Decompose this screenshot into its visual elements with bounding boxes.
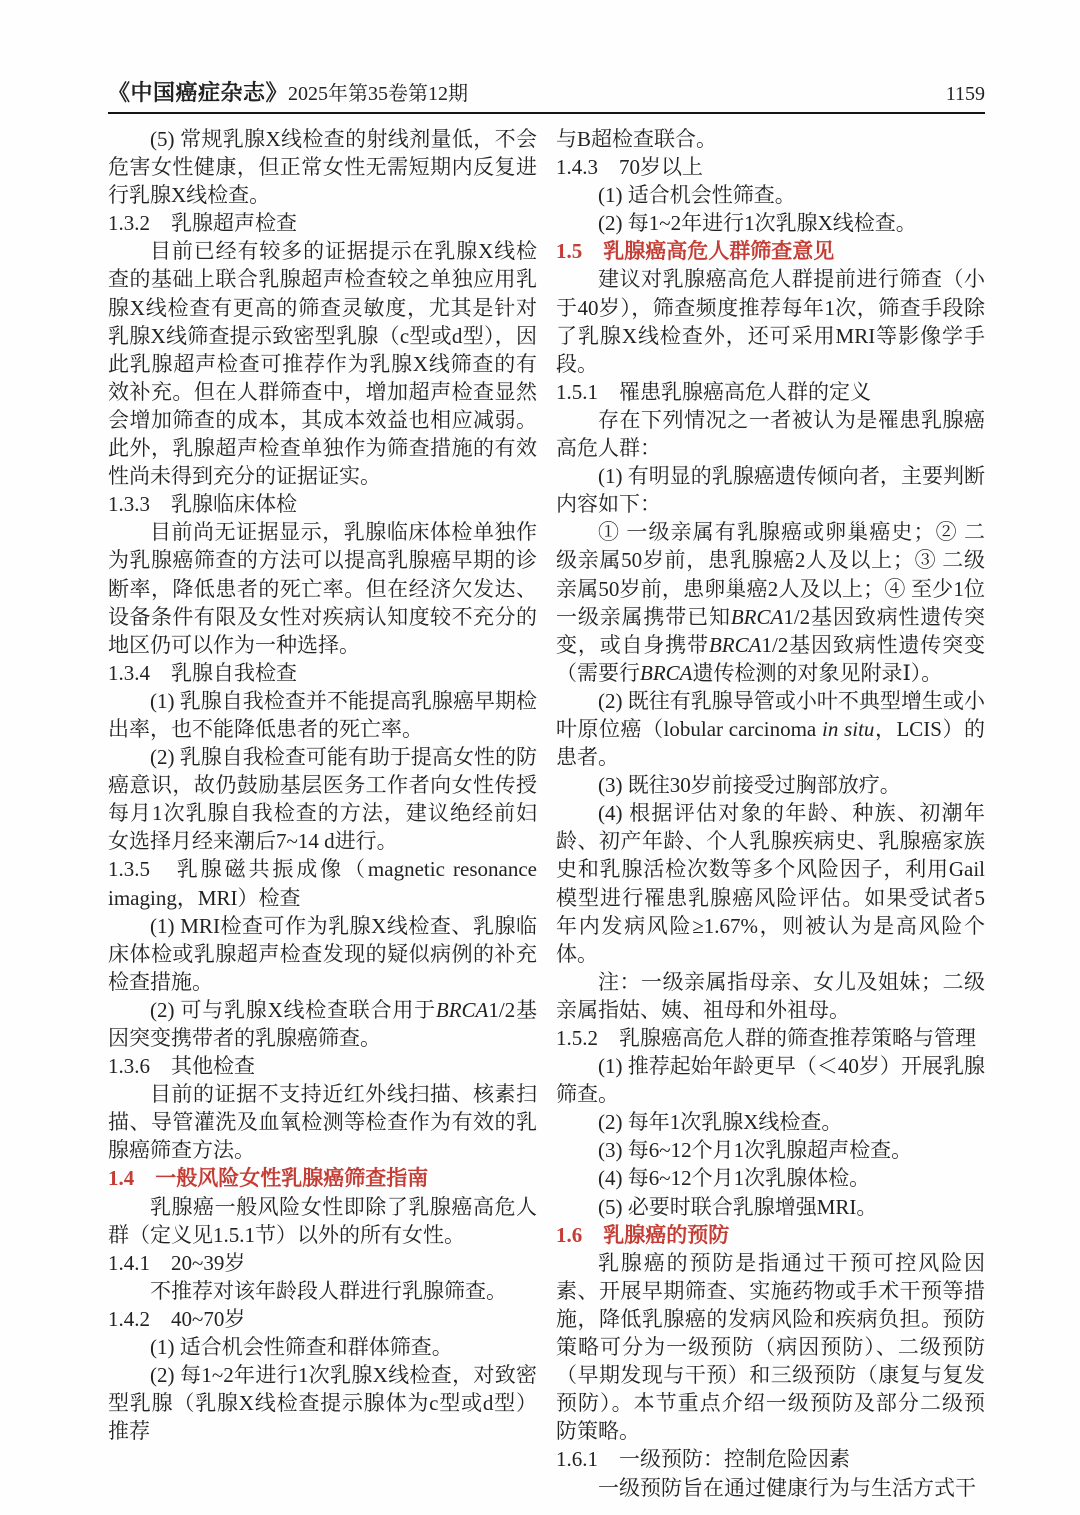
paragraph: 建议对乳腺癌高危人群提前进行筛查（小于40岁），筛查频度推荐每年1次，筛查手段除… bbox=[556, 265, 985, 377]
text-run: 乳腺癌一般风险女性即除了乳腺癌高危人群（定义见1.5.1节）以外的所有女性。 bbox=[108, 1195, 537, 1247]
text-run: 1.5.2 乳腺癌高危人群的筛查推荐策略与管理 bbox=[556, 1026, 976, 1050]
text-run: 建议对乳腺癌高危人群提前进行筛查（小于40岁），筛查频度推荐每年1次，筛查手段除… bbox=[556, 267, 985, 375]
text-run: 1.6.1 一级预防：控制危险因素 bbox=[556, 1447, 850, 1471]
text-run: (1) 推荐起始年龄更早（＜40岁）开展乳腺筛查。 bbox=[556, 1054, 985, 1106]
page-header: 《中国癌症杂志》2025年第35卷第12期 1159 bbox=[108, 76, 985, 107]
paragraph: (2) 每1~2年进行1次乳腺X线检查。 bbox=[556, 209, 985, 237]
text-run: (1) 适合机会性筛查和群体筛查。 bbox=[150, 1335, 453, 1359]
paragraph: (1) 推荐起始年龄更早（＜40岁）开展乳腺筛查。 bbox=[556, 1052, 985, 1108]
text-run: (1) MRI检查可作为乳腺X线检查、乳腺临床体检或乳腺超声检查发现的疑似病例的… bbox=[108, 914, 537, 994]
text-run: 1.4.3 70岁以上 bbox=[556, 155, 703, 179]
subsection-heading: 1.6.1 一级预防：控制危险因素 bbox=[556, 1445, 985, 1473]
page-number: 1159 bbox=[946, 83, 985, 106]
paragraph: 一级预防旨在通过健康行为与生活方式干 bbox=[556, 1474, 985, 1502]
text-run: BRCA bbox=[709, 633, 762, 657]
paragraph: (4) 根据评估对象的年龄、种族、初潮年龄、初产年龄、个人乳腺疾病史、乳腺癌家族… bbox=[556, 799, 985, 968]
left-column: (5) 常规乳腺X线检查的射线剂量低，不会危害女性健康，但正常女性无需短期内反复… bbox=[108, 125, 537, 1502]
text-run: 1.3.2 乳腺超声检查 bbox=[108, 211, 297, 235]
text-run: (4) 每6~12个月1次乳腺体检。 bbox=[598, 1166, 870, 1190]
paragraph: 与B超检查联合。 bbox=[556, 125, 985, 153]
text-run: 目前的证据不支持近红外线扫描、核素扫描、导管灌洗及血氧检测等检查作为有效的乳腺癌… bbox=[108, 1082, 537, 1162]
subsection-heading: 1.3.6 其他检查 bbox=[108, 1052, 537, 1080]
paragraph: (4) 每6~12个月1次乳腺体检。 bbox=[556, 1164, 985, 1192]
text-run: (4) 根据评估对象的年龄、种族、初潮年龄、初产年龄、个人乳腺疾病史、乳腺癌家族… bbox=[556, 801, 985, 965]
journal-page: 《中国癌症杂志》2025年第35卷第12期 1159 (5) 常规乳腺X线检查的… bbox=[0, 0, 1080, 1515]
text-run: (1) 有明显的乳腺癌遗传倾向者，主要判断内容如下： bbox=[556, 464, 985, 516]
paragraph: 目前尚无证据显示，乳腺临床体检单独作为乳腺癌筛查的方法可以提高乳腺癌早期的诊断率… bbox=[108, 518, 537, 658]
text-run: 不推荐对该年龄段人群进行乳腺筛查。 bbox=[150, 1279, 507, 1303]
text-run: (2) 每1~2年进行1次乳腺X线检查。 bbox=[598, 211, 917, 235]
subsection-heading: 1.3.4 乳腺自我检查 bbox=[108, 659, 537, 687]
text-columns: (5) 常规乳腺X线检查的射线剂量低，不会危害女性健康，但正常女性无需短期内反复… bbox=[108, 125, 985, 1502]
text-run: 1.3.4 乳腺自我检查 bbox=[108, 661, 297, 685]
text-run: 存在下列情况之一者被认为是罹患乳腺癌高危人群： bbox=[556, 408, 985, 460]
text-run: (2) 每年1次乳腺X线检查。 bbox=[598, 1110, 842, 1134]
paragraph: (1) 适合机会性筛查。 bbox=[556, 181, 985, 209]
paragraph: (2) 可与乳腺X线检查联合用于BRCA1/2基因突变携带者的乳腺癌筛查。 bbox=[108, 996, 537, 1052]
paragraph: 目前已经有较多的证据提示在乳腺X线检查的基础上联合乳腺超声检查较之单独应用乳腺X… bbox=[108, 237, 537, 490]
header-rule bbox=[108, 112, 985, 114]
subsection-heading: 1.4.2 40~70岁 bbox=[108, 1305, 537, 1333]
paragraph: 目前的证据不支持近红外线扫描、核素扫描、导管灌洗及血氧检测等检查作为有效的乳腺癌… bbox=[108, 1080, 537, 1164]
journal-name: 《中国癌症杂志》 bbox=[108, 80, 288, 105]
paragraph: (1) 适合机会性筛查和群体筛查。 bbox=[108, 1333, 537, 1361]
subsection-heading: 1.4.1 20~39岁 bbox=[108, 1249, 537, 1277]
text-run: 1.4 一般风险女性乳腺癌筛查指南 bbox=[108, 1166, 428, 1190]
issue-info: 2025年第35卷第12期 bbox=[288, 83, 468, 105]
paragraph: (2) 每年1次乳腺X线检查。 bbox=[556, 1108, 985, 1136]
paragraph: (5) 必要时联合乳腺增强MRI。 bbox=[556, 1193, 985, 1221]
text-run: 目前尚无证据显示，乳腺临床体检单独作为乳腺癌筛查的方法可以提高乳腺癌早期的诊断率… bbox=[108, 520, 537, 656]
text-run: 1.5 乳腺癌高危人群筛查意见 bbox=[556, 239, 834, 263]
subsection-heading: 1.3.2 乳腺超声检查 bbox=[108, 209, 537, 237]
text-run: (5) 常规乳腺X线检查的射线剂量低，不会危害女性健康，但正常女性无需短期内反复… bbox=[108, 127, 537, 207]
subsection-heading: 1.3.5 乳腺磁共振成像（magnetic resonance imaging… bbox=[108, 855, 537, 911]
subsection-heading: 1.5.2 乳腺癌高危人群的筛查推荐策略与管理 bbox=[556, 1024, 985, 1052]
paragraph: 乳腺癌一般风险女性即除了乳腺癌高危人群（定义见1.5.1节）以外的所有女性。 bbox=[108, 1193, 537, 1249]
text-run: BRCA bbox=[640, 661, 693, 685]
text-run: (2) 乳腺自我检查可能有助于提高女性的防癌意识，故仍鼓励基层医务工作者向女性传… bbox=[108, 745, 537, 853]
section-heading: 1.4 一般风险女性乳腺癌筛查指南 bbox=[108, 1164, 537, 1192]
text-run: (3) 每6~12个月1次乳腺超声检查。 bbox=[598, 1138, 912, 1162]
right-column: 与B超检查联合。1.4.3 70岁以上(1) 适合机会性筛查。(2) 每1~2年… bbox=[556, 125, 985, 1502]
subsection-heading: 1.5.1 罹患乳腺癌高危人群的定义 bbox=[556, 378, 985, 406]
subsection-heading: 1.4.3 70岁以上 bbox=[556, 153, 985, 181]
text-run: 注：一级亲属指母亲、女儿及姐妹；二级亲属指姑、姨、祖母和外祖母。 bbox=[556, 970, 985, 1022]
paragraph: 注：一级亲属指母亲、女儿及姐妹；二级亲属指姑、姨、祖母和外祖母。 bbox=[556, 968, 985, 1024]
subsection-heading: 1.3.3 乳腺临床体检 bbox=[108, 490, 537, 518]
text-run: BRCA bbox=[436, 998, 489, 1022]
paragraph: 存在下列情况之一者被认为是罹患乳腺癌高危人群： bbox=[556, 406, 985, 462]
text-run: 乳腺癌的预防是指通过干预可控风险因素、开展早期筛查、实施药物或手术干预等措施，降… bbox=[556, 1251, 985, 1444]
section-heading: 1.5 乳腺癌高危人群筛查意见 bbox=[556, 237, 985, 265]
paragraph: (3) 每6~12个月1次乳腺超声检查。 bbox=[556, 1136, 985, 1164]
text-run: (2) 可与乳腺X线检查联合用于 bbox=[150, 998, 436, 1022]
text-run: 遗传检测的对象见附录Ⅰ）。 bbox=[693, 661, 943, 685]
paragraph: (1) 乳腺自我检查并不能提高乳腺癌早期检出率，也不能降低患者的死亡率。 bbox=[108, 687, 537, 743]
text-run: 1.6 乳腺癌的预防 bbox=[556, 1223, 729, 1247]
paragraph: 不推荐对该年龄段人群进行乳腺筛查。 bbox=[108, 1277, 537, 1305]
text-run: (2) 每1~2年进行1次乳腺X线检查，对致密型乳腺（乳腺X线检查提示腺体为c型… bbox=[108, 1363, 537, 1443]
paragraph: (1) MRI检查可作为乳腺X线检查、乳腺临床体检或乳腺超声检查发现的疑似病例的… bbox=[108, 912, 537, 996]
paragraph: (5) 常规乳腺X线检查的射线剂量低，不会危害女性健康，但正常女性无需短期内反复… bbox=[108, 125, 537, 209]
text-run: 一级预防旨在通过健康行为与生活方式干 bbox=[598, 1476, 976, 1500]
text-run: (5) 必要时联合乳腺增强MRI。 bbox=[598, 1195, 877, 1219]
text-run: 与B超检查联合。 bbox=[556, 127, 717, 151]
text-run: 1.4.1 20~39岁 bbox=[108, 1251, 245, 1275]
journal-issue-line: 《中国癌症杂志》2025年第35卷第12期 bbox=[108, 76, 468, 107]
text-run: (1) 适合机会性筛查。 bbox=[598, 183, 796, 207]
text-run: 1.3.3 乳腺临床体检 bbox=[108, 492, 297, 516]
paragraph: (2) 既往有乳腺导管或小叶不典型增生或小叶原位癌（lobular carcin… bbox=[556, 687, 985, 771]
text-run: 1.3.5 乳腺磁共振成像（magnetic resonance imaging… bbox=[108, 857, 537, 909]
paragraph: (2) 每1~2年进行1次乳腺X线检查，对致密型乳腺（乳腺X线检查提示腺体为c型… bbox=[108, 1361, 537, 1445]
paragraph: (1) 有明显的乳腺癌遗传倾向者，主要判断内容如下： bbox=[556, 462, 985, 518]
text-run: 1.4.2 40~70岁 bbox=[108, 1307, 245, 1331]
text-run: 目前已经有较多的证据提示在乳腺X线检查的基础上联合乳腺超声检查较之单独应用乳腺X… bbox=[108, 239, 537, 488]
text-run: 1.3.6 其他检查 bbox=[108, 1054, 255, 1078]
paragraph: ① 一级亲属有乳腺癌或卵巢癌史；② 二级亲属50岁前，患乳腺癌2人及以上；③ 二… bbox=[556, 518, 985, 687]
paragraph: 乳腺癌的预防是指通过干预可控风险因素、开展早期筛查、实施药物或手术干预等措施，降… bbox=[556, 1249, 985, 1446]
text-run: in situ bbox=[822, 717, 874, 741]
section-heading: 1.6 乳腺癌的预防 bbox=[556, 1221, 985, 1249]
text-run: (3) 既往30岁前接受过胸部放疗。 bbox=[598, 773, 901, 797]
text-run: BRCA bbox=[731, 605, 784, 629]
text-run: (1) 乳腺自我检查并不能提高乳腺癌早期检出率，也不能降低患者的死亡率。 bbox=[108, 689, 537, 741]
paragraph: (2) 乳腺自我检查可能有助于提高女性的防癌意识，故仍鼓励基层医务工作者向女性传… bbox=[108, 743, 537, 855]
text-run: 1.5.1 罹患乳腺癌高危人群的定义 bbox=[556, 380, 871, 404]
paragraph: (3) 既往30岁前接受过胸部放疗。 bbox=[556, 771, 985, 799]
